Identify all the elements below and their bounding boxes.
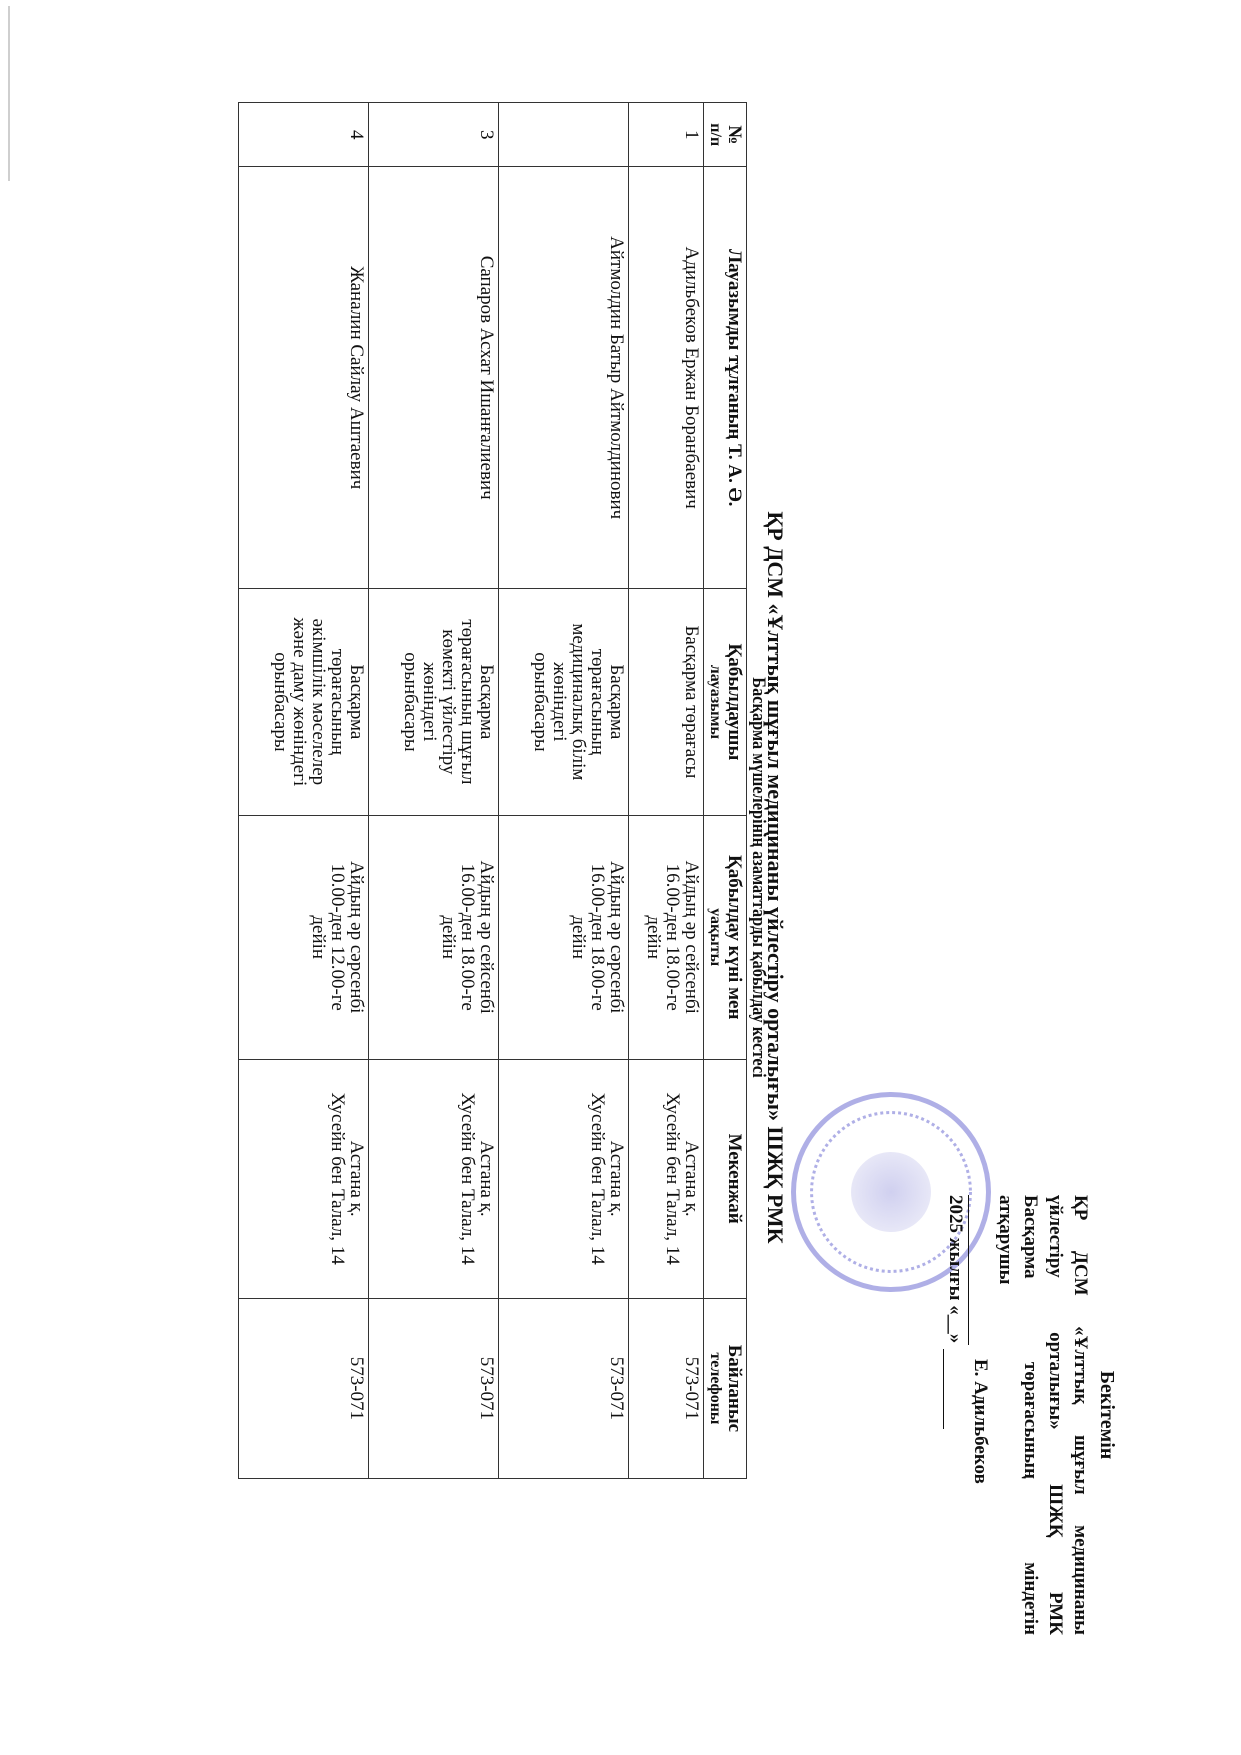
header-phone: Байланыстелефоны [704,1298,747,1478]
address: Астана қ.Хусейн бен Талал, 14 [629,1059,704,1298]
row-number [499,103,629,167]
date-text: 2025 жылғы «__» [945,1195,966,1343]
table-row: 3Сапаров Асхат ИшанғалиевичБасқарматөрағ… [369,103,499,1479]
table-row: 1Адильбеков Ержан БоранбаевичБасқарма тө… [629,103,704,1479]
header-time: Қабылдау күні менуақыты [704,815,747,1059]
header-number: №п/п [704,103,747,167]
reception-time: Айдың әр сәрсенбі16.00-ден 18.00-гедейін [499,815,629,1059]
official-name: Сапаров Асхат Ишанғалиевич [369,167,499,588]
official-position: Басқарматөрағасыныңәкімшілік мәселелержә… [239,588,369,815]
date-blank [943,1349,960,1429]
signature-line: Е. Адильбеков [968,1195,993,1635]
address: Астана қ.Хусейн бен Талал, 14 [369,1059,499,1298]
reception-time: Айдың әр сәрсенбі10.00-ден 12.00-гедейін [239,815,369,1059]
official-name: Айтмолдин Батыр Айтмолдинович [499,167,629,588]
approval-line: ҚР ДСМ «Ұлттық шұғыл медицинаны [1068,1195,1093,1635]
approval-heading: Бекітемін [1094,1195,1119,1635]
row-number: 3 [369,103,499,167]
approval-line: атқарушы [993,1195,1018,1635]
contact-phone: 573-071 [499,1298,629,1478]
table-header-row: №п/п Лауазымды тұлғаның Т. А. Ә. Қабылда… [704,103,747,1479]
contact-phone: 573-071 [369,1298,499,1478]
horizontal-scrollbar[interactable] [8,6,10,181]
official-position: Басқарматөрағасының шұғылкөмекті үйлесті… [369,588,499,815]
row-number: 1 [629,103,704,167]
header-address: Мекенжай [704,1059,747,1298]
address: Астана қ.Хусейн бен Талал, 14 [239,1059,369,1298]
document-subtitle: Басқарма мүшелерінің азаматтарды қабылда… [747,123,769,1632]
header-name: Лауазымды тұлғаның Т. А. Ә. [704,167,747,588]
signer-name: Е. Адильбеков [968,1359,993,1484]
official-name: Жаналин Сайлау Аштаевич [239,167,369,588]
signature-blank [968,1195,987,1345]
approval-line: үйлестіру орталығы» ШЖҚ РМК [1043,1195,1068,1635]
header-position: Қабылдаушылауазымы [704,588,747,815]
official-name: Адильбеков Ержан Боранбаевич [629,167,704,588]
table-row: Айтмолдин Батыр АйтмолдиновичБасқарматөр… [499,103,629,1479]
reception-time: Айдың әр сейсенбі16.00-ден 18.00-гедейін [369,815,499,1059]
address: Астана қ.Хусейн бен Талал, 14 [499,1059,629,1298]
approval-block: Бекітемін ҚР ДСМ «Ұлттық шұғыл медицинан… [943,1195,1119,1635]
contact-phone: 573-071 [239,1298,369,1478]
table-row: 4Жаналин Сайлау АштаевичБасқарматөрағасы… [239,103,369,1479]
approval-line: Басқарма төрағасының міндетін [1018,1195,1043,1635]
contact-phone: 573-071 [629,1298,704,1478]
reception-time: Айдың әр сейсенбі16.00-ден 18.00-гедейін [629,815,704,1059]
document-page: Бекітемін ҚР ДСМ «Ұлттық шұғыл медицинан… [0,0,1241,1755]
official-position: Басқарматөрағасыныңмедициналық білімжөні… [499,588,629,815]
reception-schedule-table: №п/п Лауазымды тұлғаның Т. А. Ә. Қабылда… [238,102,747,1479]
approval-date: 2025 жылғы «__» [943,1195,968,1635]
official-position: Басқарма төрағасы [629,588,704,815]
row-number: 4 [239,103,369,167]
